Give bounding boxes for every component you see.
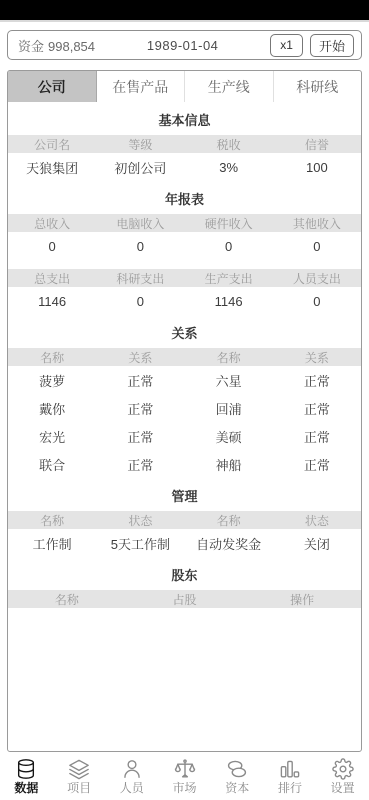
section-title-shareholders: 股东 xyxy=(8,557,361,590)
cell: 正常 xyxy=(273,371,361,390)
nav-label: 资本 xyxy=(225,781,249,795)
company-table: 基本信息公司名等级税收信誉天狼集团初创公司3%100年报表总收入电脑收入硬件收入… xyxy=(8,102,361,608)
cell: 回浦 xyxy=(185,399,273,418)
column-header: 名称 xyxy=(185,512,273,529)
speed-button[interactable]: x1 xyxy=(270,34,303,57)
column-header: 名称 xyxy=(8,512,96,529)
nav-label: 设置 xyxy=(331,781,355,795)
cell: 正常 xyxy=(96,371,184,390)
cell: 100 xyxy=(273,160,361,175)
cell: 3% xyxy=(185,160,273,175)
column-header: 科研支出 xyxy=(96,270,184,287)
person-icon xyxy=(121,758,143,780)
tab-production-line[interactable]: 生产线 xyxy=(185,71,274,102)
cell: 0 xyxy=(96,294,184,309)
table-header-row: 名称占股操作 xyxy=(8,590,361,608)
nav-label: 项目 xyxy=(67,781,91,795)
table-row: 0000 xyxy=(8,232,361,260)
database-icon xyxy=(15,758,37,780)
start-button[interactable]: 开始 xyxy=(310,34,354,57)
cell: 正常 xyxy=(273,399,361,418)
cell: 正常 xyxy=(273,427,361,446)
cell: 正常 xyxy=(96,399,184,418)
main-panel: 公司在售产品生产线科研线 基本信息公司名等级税收信誉天狼集团初创公司3%100年… xyxy=(7,70,362,752)
funds-label: 资金 xyxy=(18,39,44,54)
cell: 正常 xyxy=(96,427,184,446)
cell: 联合 xyxy=(8,455,96,474)
nav-item-data[interactable]: 数据 xyxy=(0,755,53,800)
table-header-row: 总支出科研支出生产支出人员支出 xyxy=(8,269,361,287)
column-header: 其他收入 xyxy=(273,215,361,232)
table-header-row: 总收入电脑收入硬件收入其他收入 xyxy=(8,214,361,232)
nav-label: 排行 xyxy=(278,781,302,795)
cell: 正常 xyxy=(96,455,184,474)
bar-chart-icon xyxy=(279,758,301,780)
nav-label: 数据 xyxy=(14,781,38,795)
cell: 菠萝 xyxy=(8,371,96,390)
section-title-management: 管理 xyxy=(8,478,361,511)
cell: 美硕 xyxy=(185,427,273,446)
cell: 工作制 xyxy=(8,534,96,553)
nav-item-ranking[interactable]: 排行 xyxy=(264,755,317,800)
gear-icon xyxy=(332,758,354,780)
game-date: 1989-01-04 xyxy=(95,38,270,53)
section-title-relations: 关系 xyxy=(8,315,361,348)
bottom-nav: 数据项目人员市场资本排行设置 xyxy=(0,755,369,800)
column-header: 电脑收入 xyxy=(96,215,184,232)
table-row: 菠萝正常六星正常 xyxy=(8,366,361,394)
nav-item-capital[interactable]: 资本 xyxy=(211,755,264,800)
column-header: 状态 xyxy=(96,512,184,529)
column-header: 信誉 xyxy=(273,136,361,153)
nav-item-personnel[interactable]: 人员 xyxy=(105,755,158,800)
cell: 神船 xyxy=(185,455,273,474)
column-header: 占股 xyxy=(126,591,244,608)
column-header: 操作 xyxy=(243,591,361,608)
table-row: 天狼集团初创公司3%100 xyxy=(8,153,361,181)
cell: 0 xyxy=(273,239,361,254)
table-row: 联合正常神船正常 xyxy=(8,450,361,478)
layers-icon xyxy=(68,758,90,780)
cell: 六星 xyxy=(185,371,273,390)
tab-bar: 公司在售产品生产线科研线 xyxy=(8,71,361,102)
status-bar xyxy=(0,0,369,22)
cell: 关闭 xyxy=(273,534,361,553)
column-header: 人员支出 xyxy=(273,270,361,287)
funds-display: 资金998,854 xyxy=(18,36,95,55)
tab-research-line[interactable]: 科研线 xyxy=(274,71,362,102)
cell: 戴你 xyxy=(8,399,96,418)
column-header: 状态 xyxy=(273,512,361,529)
tab-products-on-sale[interactable]: 在售产品 xyxy=(97,71,186,102)
cell: 天狼集团 xyxy=(8,158,96,177)
column-header: 税收 xyxy=(185,136,273,153)
cell: 1146 xyxy=(185,294,273,309)
cell: 0 xyxy=(96,239,184,254)
cell: 5天工作制 xyxy=(96,534,184,553)
column-header: 名称 xyxy=(8,591,126,608)
nav-label: 市场 xyxy=(173,781,197,795)
table-row: 宏光正常美硕正常 xyxy=(8,422,361,450)
column-header: 总支出 xyxy=(8,270,96,287)
cell: 宏光 xyxy=(8,427,96,446)
table-header-row: 公司名等级税收信誉 xyxy=(8,135,361,153)
top-bar: 资金998,854 1989-01-04 x1 开始 xyxy=(7,30,362,60)
table-row: 工作制5天工作制自动发奖金关闭 xyxy=(8,529,361,557)
table-row: 1146011460 xyxy=(8,287,361,315)
tab-company[interactable]: 公司 xyxy=(8,71,97,102)
nav-label: 人员 xyxy=(120,781,144,795)
column-header: 生产支出 xyxy=(185,270,273,287)
scales-icon xyxy=(174,758,196,780)
cell: 正常 xyxy=(273,455,361,474)
column-header: 总收入 xyxy=(8,215,96,232)
column-header: 关系 xyxy=(96,349,184,366)
column-header: 公司名 xyxy=(8,136,96,153)
nav-item-settings[interactable]: 设置 xyxy=(316,755,369,800)
table-header-row: 名称状态名称状态 xyxy=(8,511,361,529)
column-header: 名称 xyxy=(8,349,96,366)
nav-item-projects[interactable]: 项目 xyxy=(53,755,106,800)
nav-item-market[interactable]: 市场 xyxy=(158,755,211,800)
column-header: 硬件收入 xyxy=(185,215,273,232)
column-header: 名称 xyxy=(185,349,273,366)
funds-value: 998,854 xyxy=(48,39,95,54)
column-header: 关系 xyxy=(273,349,361,366)
cell: 1146 xyxy=(8,294,96,309)
cell: 自动发奖金 xyxy=(185,534,273,553)
cell: 初创公司 xyxy=(96,158,184,177)
cell: 0 xyxy=(185,239,273,254)
cell: 0 xyxy=(273,294,361,309)
section-title-annual-report: 年报表 xyxy=(8,181,361,214)
coins-icon xyxy=(226,758,248,780)
table-row: 戴你正常回浦正常 xyxy=(8,394,361,422)
table-header-row: 名称关系名称关系 xyxy=(8,348,361,366)
section-title-basic-info: 基本信息 xyxy=(8,102,361,135)
column-header: 等级 xyxy=(96,136,184,153)
cell: 0 xyxy=(8,239,96,254)
